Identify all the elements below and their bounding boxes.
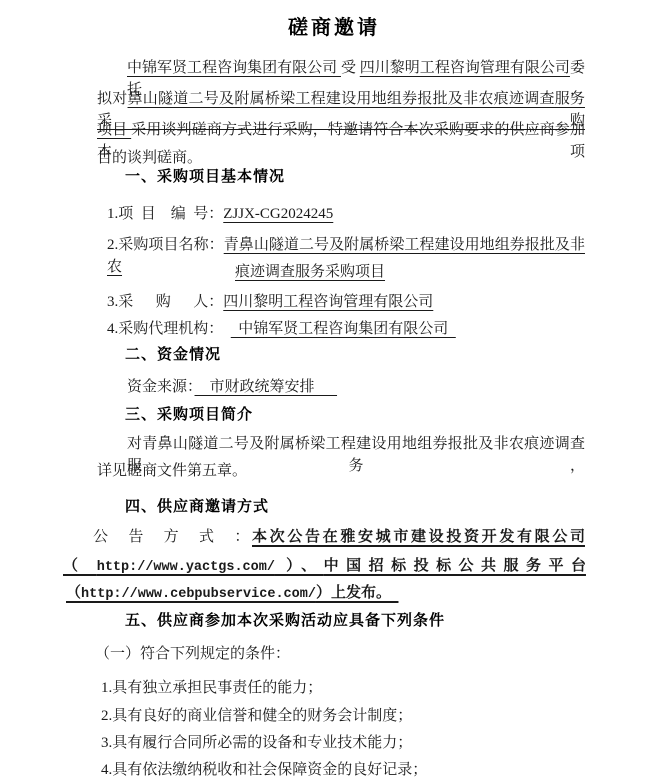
intro-text: 拟对 — [97, 91, 128, 107]
agent-label: 4.采购代理机构： — [107, 321, 223, 337]
funding-source-value: 市财政统筹安排 — [195, 379, 338, 395]
section-5-heading: 五、供应商参加本次采购活动应具备下列条件 — [125, 610, 595, 632]
agent-value: 中锦军贤工程咨询集团有限公司 — [231, 321, 456, 337]
purchaser-value: 四川黎明工程咨询管理有限公司 — [223, 294, 433, 310]
cebpubservice-url: http://www.cebpubservice.com/ — [81, 587, 316, 602]
section-4-heading: 四、供应商邀请方式 — [125, 496, 585, 518]
section-1-heading: 一、采购项目基本情况 — [125, 166, 585, 188]
announcement-label: 公 告 方 式 ： — [93, 529, 252, 545]
doc-title: 磋商邀请 — [0, 11, 668, 40]
project-name-value: 痕迹调查服务采购项目 — [235, 264, 385, 280]
client-company-name: 四川黎明工程咨询管理有限公司 — [360, 60, 570, 76]
condition-intro-line: （一）符合下列规定的条件： — [95, 643, 575, 665]
announcement-line-2: （ http://www.yactgs.com/ ）、中国招标投标公共服务平台 — [63, 555, 586, 579]
project-number-line: 1.项 目 编 号：ZJJX-CG2024245 — [107, 203, 585, 225]
project-name-underline: 项目 — [97, 122, 131, 138]
brief-line-2: 详见磋商文件第五章。 — [97, 460, 585, 482]
intro-text: 目的谈判磋商。 — [97, 150, 202, 166]
announcement-paren: （ — [66, 585, 81, 601]
document-page: 磋商邀请 中锦军贤工程咨询集团有限公司 受 四川黎明工程咨询管理有限公司委托， … — [0, 0, 668, 780]
funding-source-line: 资金来源： 市财政统筹安排 — [127, 376, 585, 398]
project-number-label: 1.项 目 编 号： — [107, 206, 223, 222]
yactgs-url: http://www.yactgs.com/ — [97, 560, 275, 575]
condition-item-2: 2.具有良好的商业信誉和健全的财务会计制度； — [101, 705, 571, 727]
announcement-paren: ）、 — [275, 558, 324, 574]
announcement-tail: ）上发布。 — [316, 585, 399, 601]
intro-text: 受 — [341, 60, 360, 76]
purchaser-label: 3.采 购 人： — [107, 294, 223, 310]
purchaser-line: 3.采 购 人：四川黎明工程咨询管理有限公司 — [107, 291, 585, 313]
announcement-line-1: 公 告 方 式 ：本次公告在雅安城市建设投资开发有限公司 — [93, 526, 585, 548]
project-number-value: ZJJX-CG2024245 — [223, 206, 333, 222]
project-name-line-2: 痕迹调查服务采购项目 — [235, 261, 585, 283]
announcement-paren: （ — [63, 558, 97, 574]
condition-item-1: 1.具有独立承担民事责任的能力； — [101, 677, 571, 699]
agent-line: 4.采购代理机构： 中锦军贤工程咨询集团有限公司 — [107, 318, 585, 340]
condition-item-3: 3.具有履行合同所必需的设备和专业技术能力； — [101, 732, 571, 754]
platform-name: 中国招标投标公共服务平台 — [324, 558, 586, 574]
condition-item-4: 4.具有依法缴纳税收和社会保障资金的良好记录； — [101, 759, 571, 780]
announcement-text: 本次公告在雅安城市建设投资开发有限公司 — [252, 529, 585, 545]
funding-source-label: 资金来源： — [127, 379, 195, 395]
agent-company-name: 中锦军贤工程咨询集团有限公司 — [127, 60, 341, 76]
agent-gap — [223, 321, 231, 337]
project-name-label: 2.采购项目名称： — [107, 237, 224, 253]
section-2-heading: 二、资金情况 — [125, 344, 585, 366]
section-3-heading: 三、采购项目简介 — [125, 404, 585, 426]
announcement-line-3: （http://www.cebpubservice.com/）上发布。 — [66, 582, 585, 606]
